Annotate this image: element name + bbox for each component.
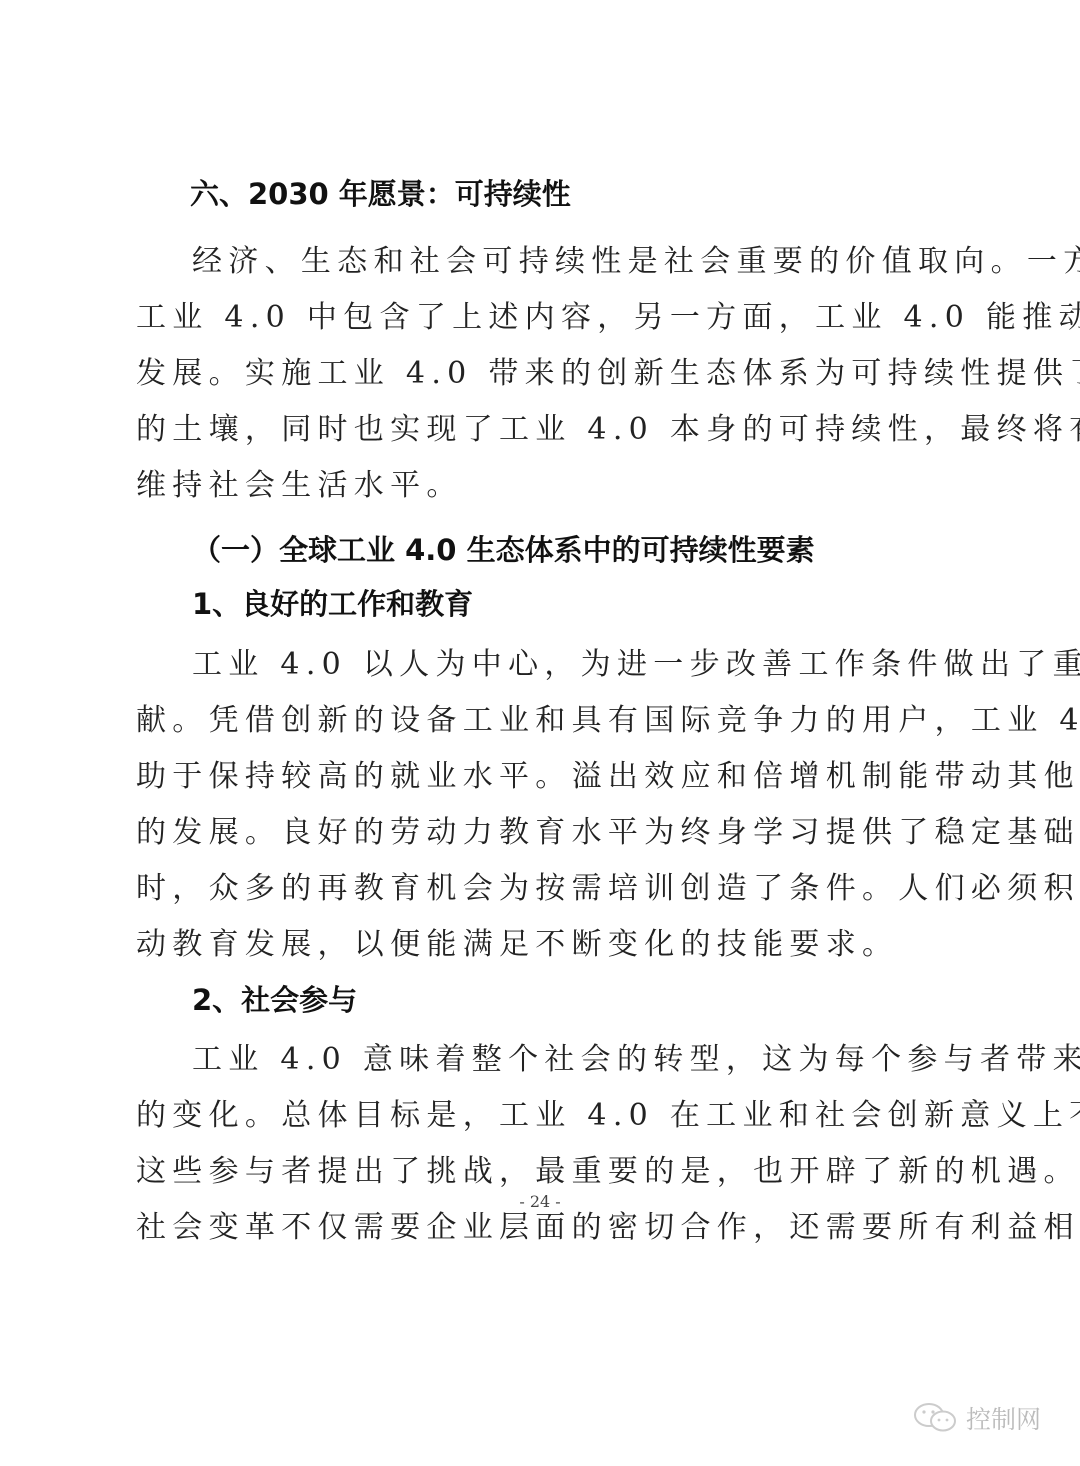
paragraph-line: 动教育发展，以便能满足不断变化的技能要求。 (136, 930, 898, 960)
paragraph-line: 的土壤，同时也实现了工业 4.0 本身的可持续性，最终将有助于 (136, 415, 1080, 445)
paragraph-line: 社会变革不仅需要企业层面的密切合作，还需要所有利益相关者 (136, 1213, 1080, 1243)
paragraph-line: 工业 4.0 以人为中心，为进一步改善工作条件做出了重要贡 (192, 650, 1080, 680)
wechat-icon (912, 1402, 960, 1434)
paragraph-line: 的发展。良好的劳动力教育水平为终身学习提供了稳定基础，同 (136, 818, 1080, 848)
watermark-text: 控制网 (966, 1400, 1041, 1436)
paragraph-line: 的变化。总体目标是，工业 4.0 在工业和社会创新意义上不仅对 (136, 1101, 1080, 1131)
paragraph-line: 时，众多的再教育机会为按需培训创造了条件。人们必须积极推 (136, 874, 1080, 904)
section-heading: 六、2030 年愿景：可持续性 (190, 180, 571, 209)
paragraph-line: 发展。实施工业 4.0 带来的创新生态体系为可持续性提供了肥沃 (136, 359, 1080, 389)
subsection-heading: （一）全球工业 4.0 生态体系中的可持续性要素 (192, 536, 815, 565)
paragraph-line: 工业 4.0 意味着整个社会的转型，这为每个参与者带来深远 (192, 1045, 1080, 1075)
paragraph-line: 献。凭借创新的设备工业和具有国际竞争力的用户，工业 4.0 有 (136, 706, 1080, 736)
paragraph-line: 这些参与者提出了挑战，最重要的是，也开辟了新的机遇。这种 (136, 1157, 1080, 1187)
page-number: - 24 - (0, 1192, 1080, 1211)
watermark: 控制网 (912, 1400, 1041, 1436)
item-heading-1: 1、良好的工作和教育 (192, 590, 473, 619)
paragraph-line: 助于保持较高的就业水平。溢出效应和倍增机制能带动其他行业 (136, 762, 1080, 792)
paragraph-line: 维持社会生活水平。 (136, 471, 463, 501)
item-heading-2: 2、社会参与 (192, 986, 357, 1015)
paragraph-line: 工业 4.0 中包含了上述内容，另一方面，工业 4.0 能推动可持续 (136, 303, 1080, 333)
paragraph-line: 经济、生态和社会可持续性是社会重要的价值取向。一方面， (192, 247, 1080, 277)
